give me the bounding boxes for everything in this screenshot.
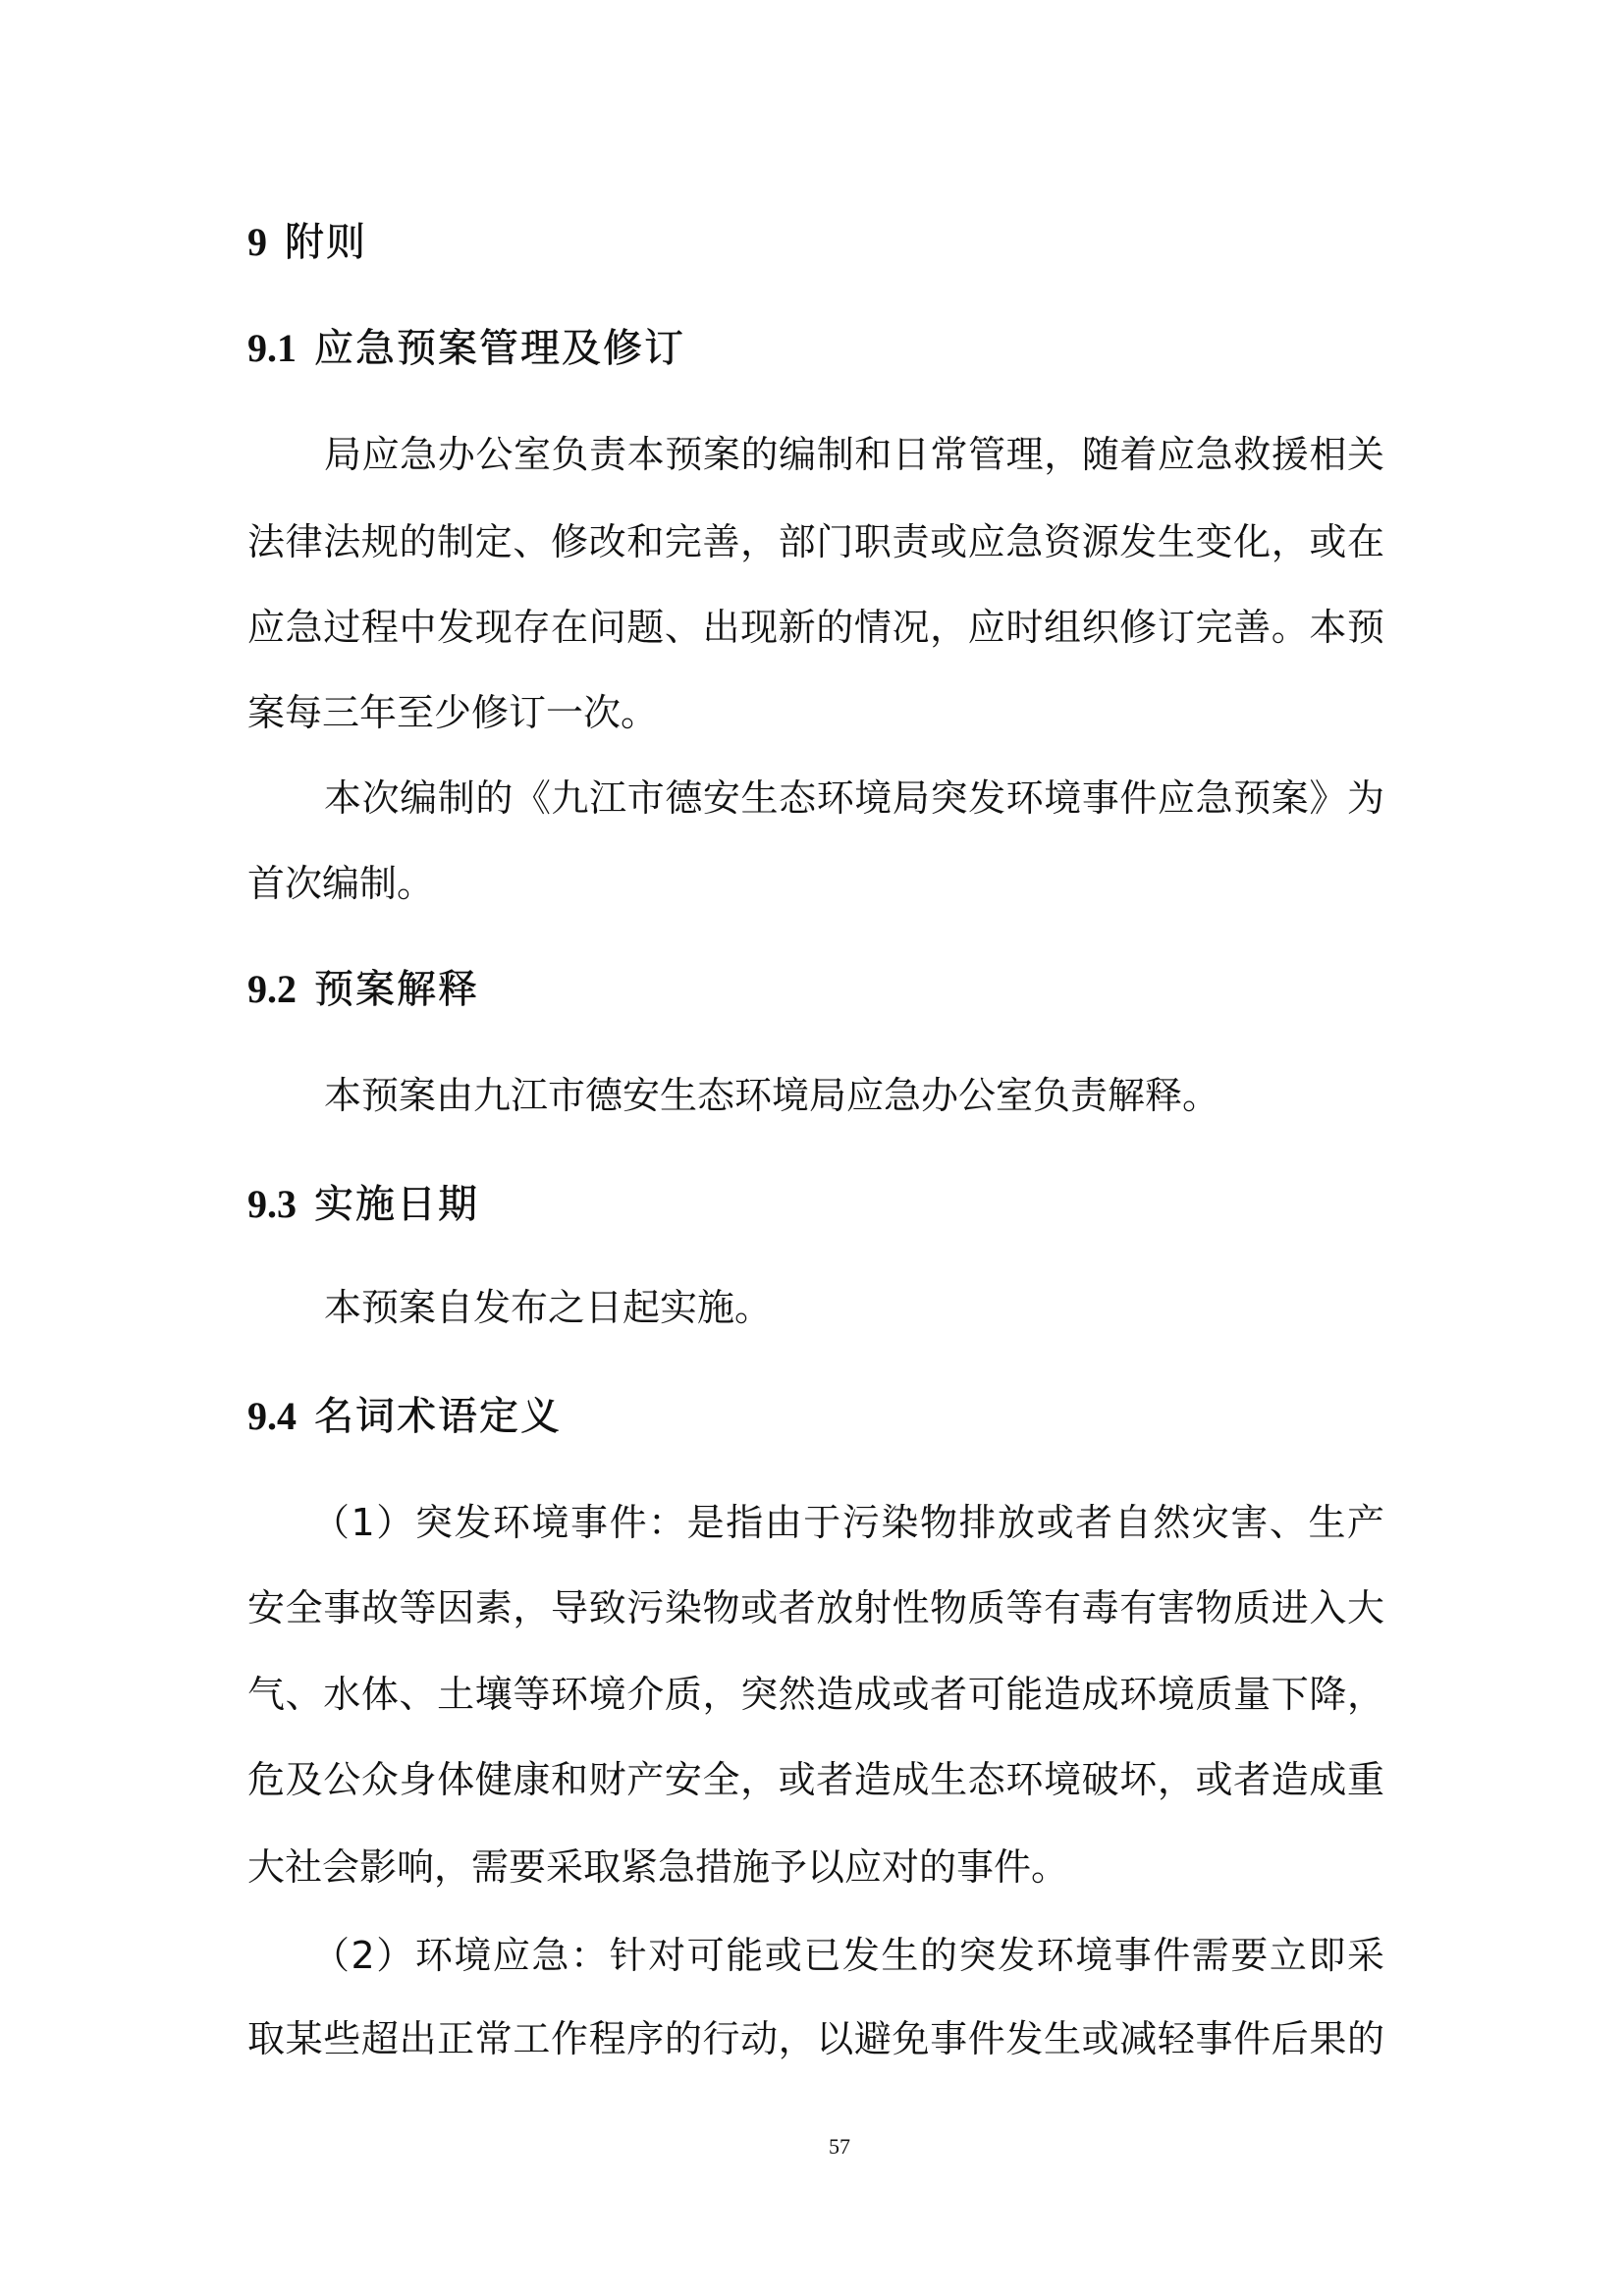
section-number: 9.3 xyxy=(247,1182,297,1226)
page-number: 57 xyxy=(0,2134,1624,2160)
paragraph-line: 局应急办公室负责本预案的编制和日常管理，随着应急救援相关 xyxy=(324,427,1384,482)
section-number: 9.1 xyxy=(247,326,297,370)
paragraph-line: （2）环境应急：针对可能或已发生的突发环境事件需要立即采 xyxy=(312,1928,1384,1983)
chapter-heading: 9附则 xyxy=(247,215,367,270)
paragraph-line: 本次编制的《九江市德安生态环境局突发环境事件应急预案》为 xyxy=(324,771,1384,826)
section-title: 应急预案管理及修订 xyxy=(314,326,685,371)
paragraph-line: 取某些超出正常工作程序的行动，以避免事件发生或减轻事件后果的 xyxy=(247,2011,1384,2066)
paragraph-line: 安全事故等因素，导致污染物或者放射性物质等有毒有害物质进入大 xyxy=(247,1580,1384,1635)
section-number: 9.4 xyxy=(247,1394,297,1438)
chapter-title: 附则 xyxy=(285,220,367,265)
section-title: 实施日期 xyxy=(314,1182,479,1227)
paragraph-line: 案每三年至少修订一次。 xyxy=(247,685,1384,740)
paragraph-line: 气、水体、土壤等环境介质，突然造成或者可能造成环境质量下降， xyxy=(247,1667,1384,1722)
chapter-number: 9 xyxy=(247,220,267,264)
paragraph-line: 危及公众身体健康和财产安全，或者造成生态环境破坏，或者造成重 xyxy=(247,1752,1384,1807)
section-title: 名词术语定义 xyxy=(314,1394,562,1439)
section-number: 9.2 xyxy=(247,967,297,1011)
section-title: 预案解释 xyxy=(314,967,479,1012)
paragraph-line: （1）突发环境事件：是指由于污染物排放或者自然灾害、生产 xyxy=(312,1495,1384,1550)
section-heading-9-4: 9.4名词术语定义 xyxy=(247,1389,562,1444)
section-heading-9-1: 9.1应急预案管理及修订 xyxy=(247,321,685,376)
paragraph-line: 应急过程中发现存在问题、出现新的情况，应时组织修订完善。本预 xyxy=(247,600,1384,655)
section-heading-9-3: 9.3实施日期 xyxy=(247,1177,479,1232)
paragraph-line: 首次编制。 xyxy=(247,856,1384,911)
paragraph-line: 大社会影响，需要采取紧急措施予以应对的事件。 xyxy=(247,1840,1384,1895)
paragraph-line: 本预案自发布之日起实施。 xyxy=(324,1280,1384,1335)
paragraph-line: 法律法规的制定、修改和完善，部门职责或应急资源发生变化，或在 xyxy=(247,514,1384,569)
section-heading-9-2: 9.2预案解释 xyxy=(247,962,479,1017)
paragraph-line: 本预案由九江市德安生态环境局应急办公室负责解释。 xyxy=(324,1068,1384,1123)
